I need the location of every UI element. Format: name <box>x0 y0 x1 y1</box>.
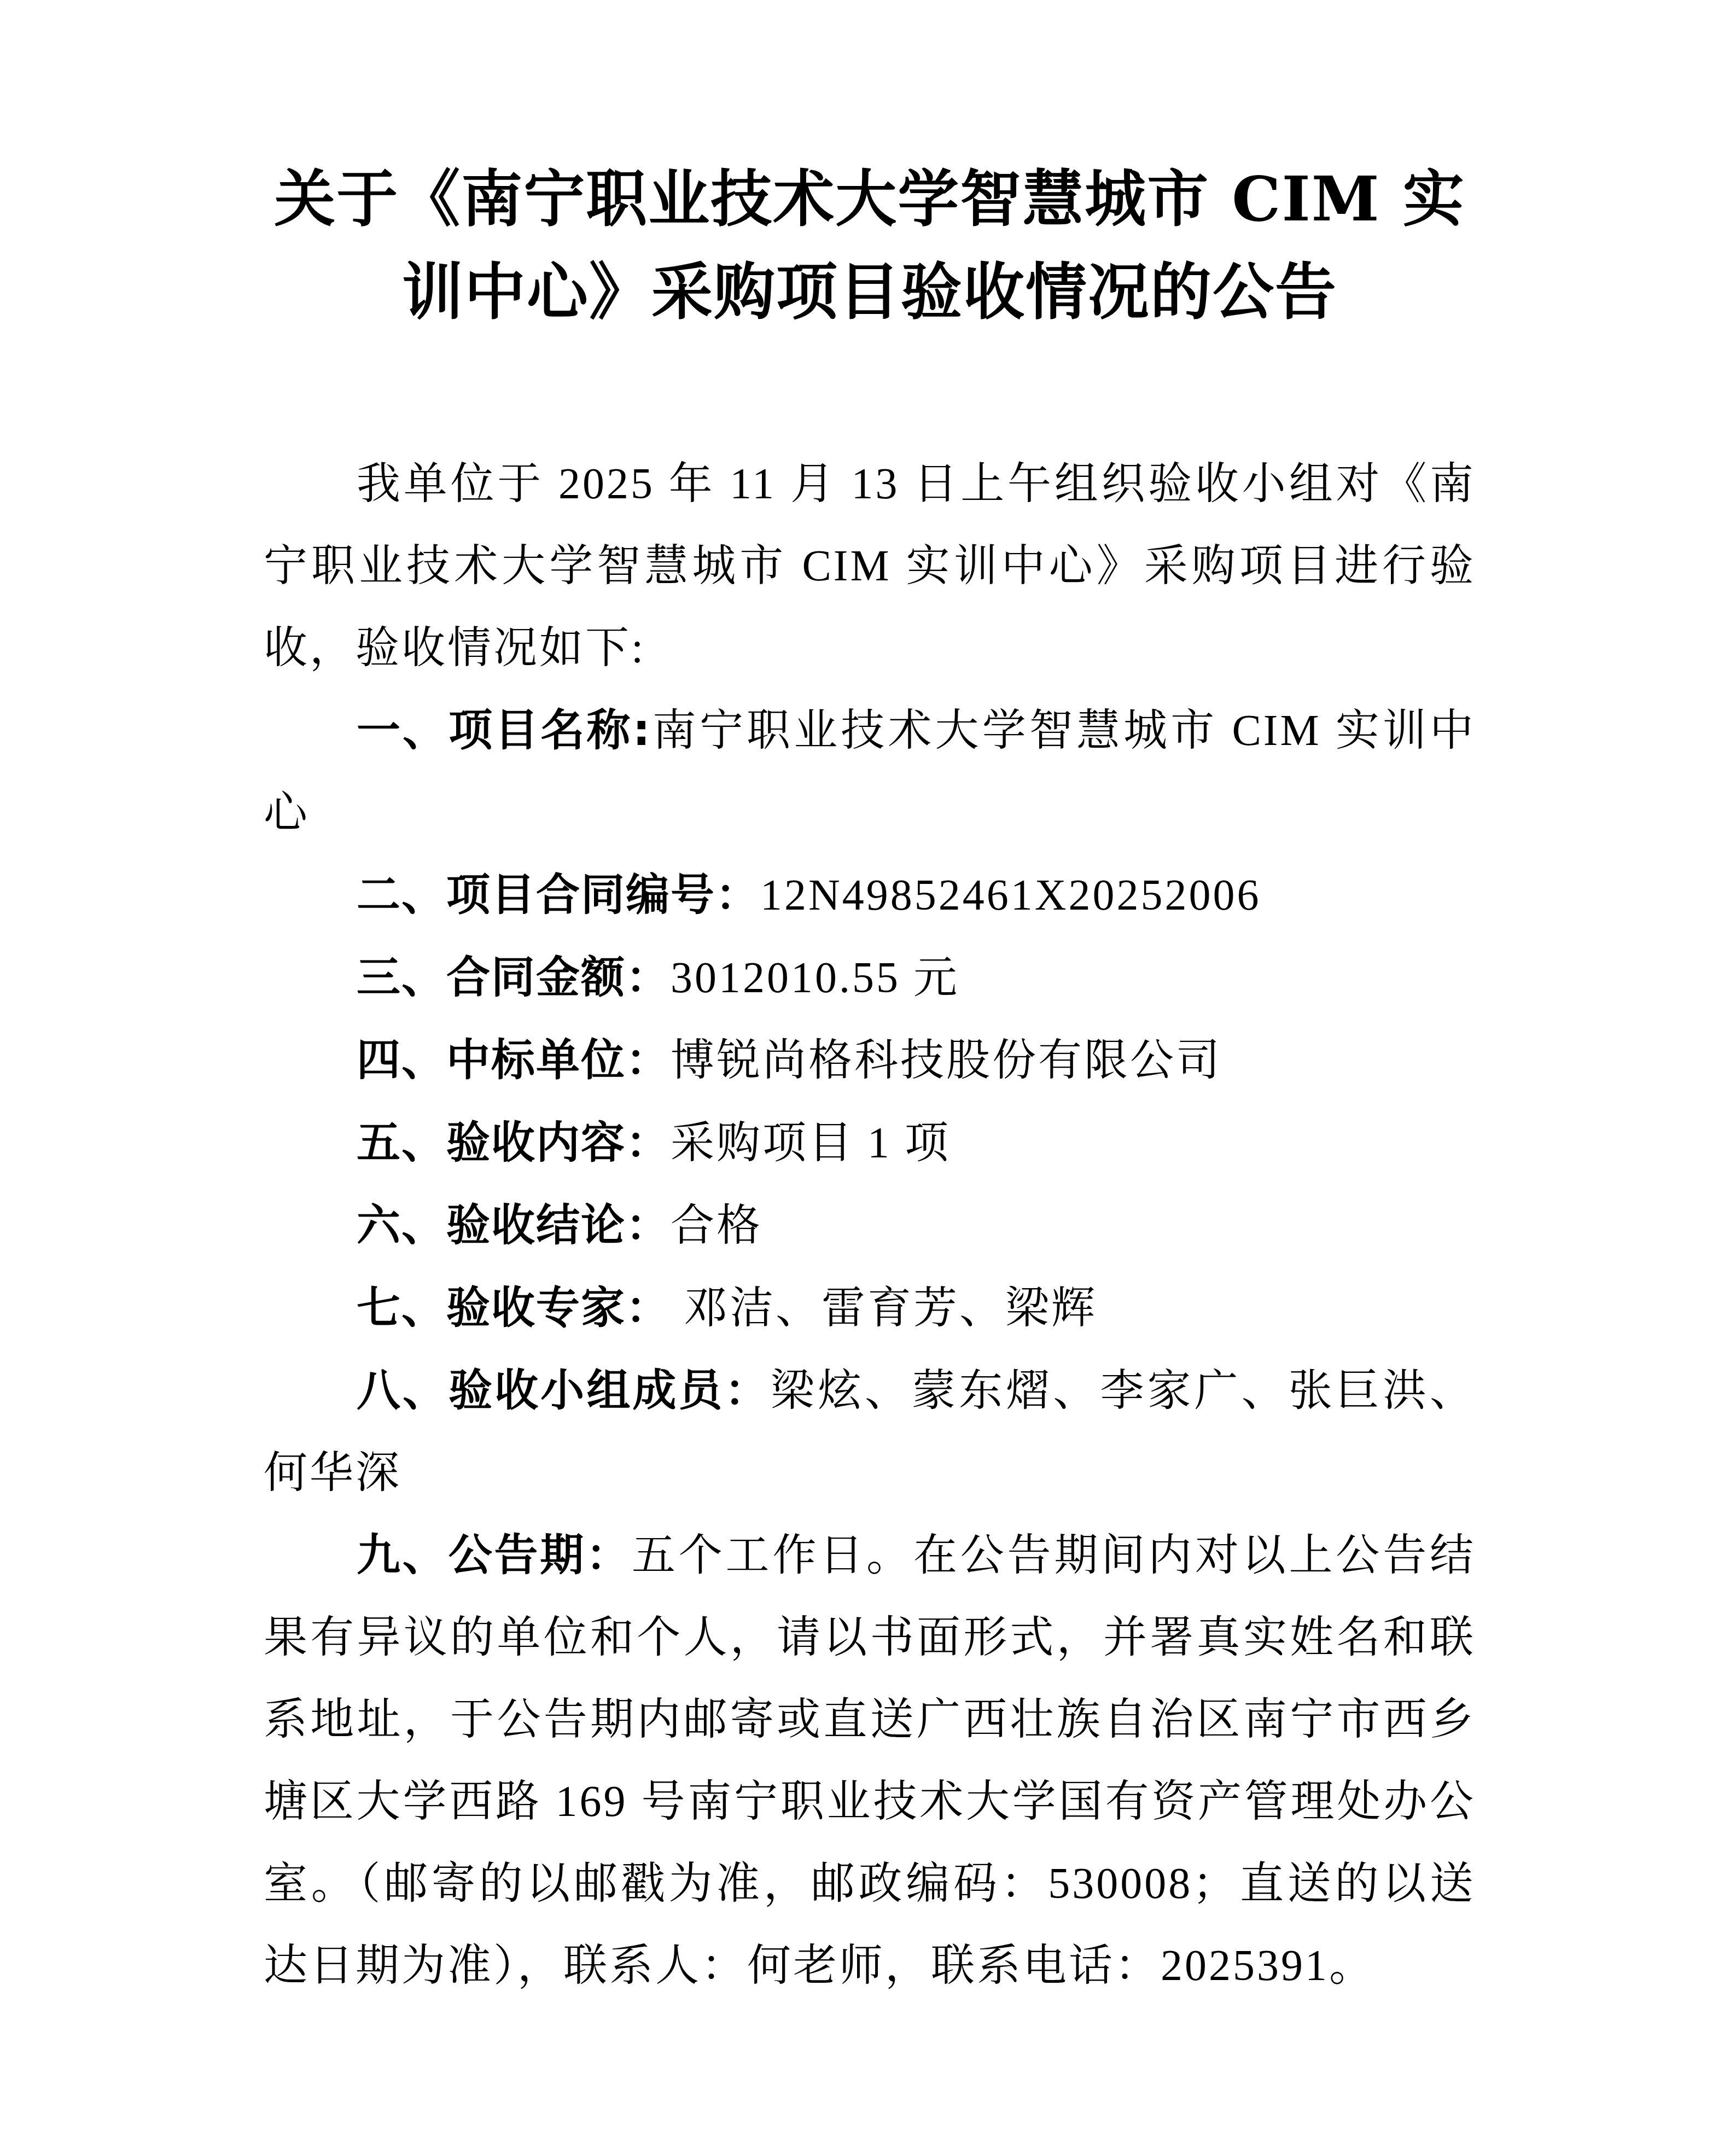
document-page: 关于《南宁职业技术大学智慧城市 CIM 实训中心》采购项目验收情况的公告 我单位… <box>264 153 1476 2007</box>
item-label: 四、中标单位： <box>357 1034 671 1085</box>
item-value: 邓洁、雷育芳、梁辉 <box>671 1284 1097 1332</box>
document-body: 我单位于 2025 年 11 月 13 日上午组织验收小组对《南宁职业技术大学智… <box>264 443 1476 2007</box>
item-acceptance-conclusion: 六、验收结论：合格 <box>264 1184 1476 1267</box>
item-contract-number: 二、项目合同编号：12N49852461X20252006 <box>264 854 1476 936</box>
item-label: 九、公告期： <box>357 1529 632 1580</box>
item-contract-amount: 三、合同金额：3012010.55 元 <box>264 936 1476 1019</box>
item-value: 博锐尚格科技股份有限公司 <box>671 1037 1222 1085</box>
item-value: 合格 <box>671 1202 762 1250</box>
item-label: 五、验收内容： <box>357 1117 671 1168</box>
item-label: 六、验收结论： <box>357 1200 671 1250</box>
item-label: 七、验收专家： <box>357 1282 671 1333</box>
item-label: 二、项目合同编号： <box>357 869 760 920</box>
item-label: 八、验收小组成员： <box>357 1365 771 1416</box>
intro-paragraph: 我单位于 2025 年 11 月 13 日上午组织验收小组对《南宁职业技术大学智… <box>264 443 1476 689</box>
item-label: 三、合同金额： <box>357 952 671 1003</box>
item-value: 五个工作日。在公告期间内对以上公告结果有异议的单位和个人，请以书面形式，并署真实… <box>264 1532 1476 1990</box>
item-winning-bidder: 四、中标单位：博锐尚格科技股份有限公司 <box>264 1019 1476 1102</box>
item-label: 一、项目名称: <box>357 704 651 755</box>
item-value: 12N49852461X20252006 <box>760 871 1261 919</box>
item-acceptance-content: 五、验收内容：采购项目 1 项 <box>264 1102 1476 1184</box>
document-title: 关于《南宁职业技术大学智慧城市 CIM 实训中心》采购项目验收情况的公告 <box>264 153 1476 339</box>
item-acceptance-experts: 七、验收专家： 邓洁、雷育芳、梁辉 <box>264 1267 1476 1349</box>
item-value: 3012010.55 元 <box>671 954 959 1002</box>
item-notice-period: 九、公告期：五个工作日。在公告期间内对以上公告结果有异议的单位和个人，请以书面形… <box>264 1514 1476 2007</box>
item-project-name: 一、项目名称:南宁职业技术大学智慧城市 CIM 实训中心 <box>264 689 1476 854</box>
item-acceptance-members: 八、验收小组成员：梁炫、蒙东熠、李家广、张巨洪、何华深 <box>264 1349 1476 1514</box>
item-value: 采购项目 1 项 <box>671 1119 951 1167</box>
